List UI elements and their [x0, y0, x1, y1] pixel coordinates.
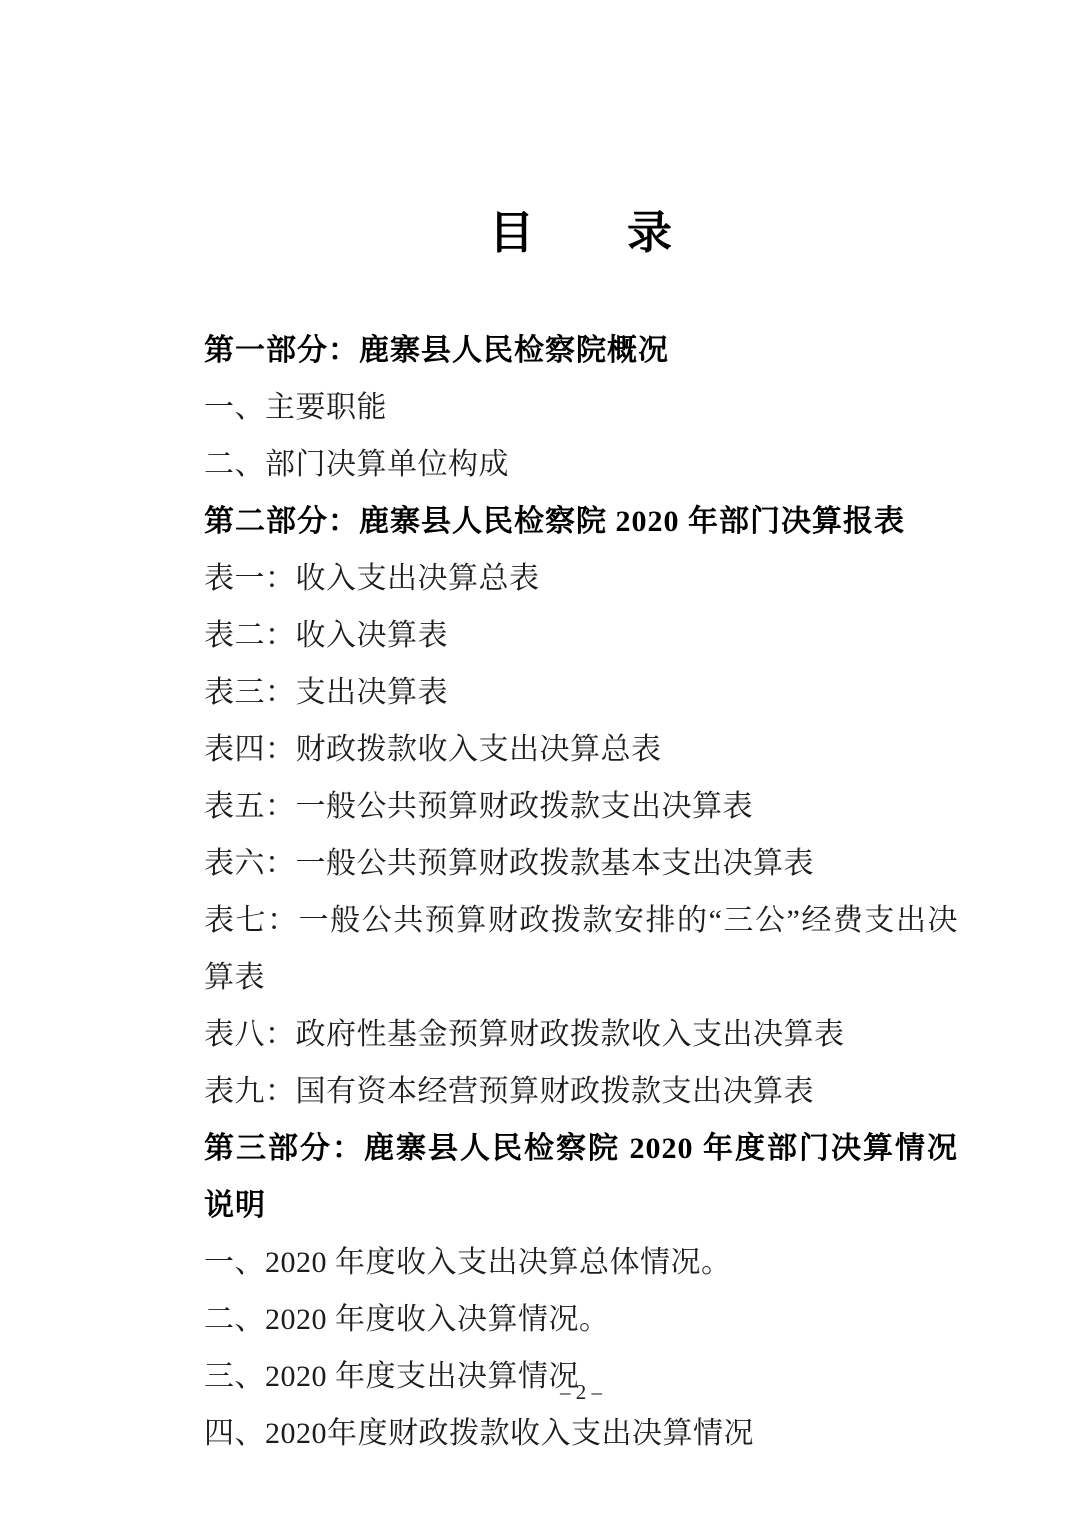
- toc-part2-table-7: 表七：一般公共预算财政拨款安排的“三公”经费支出决算表: [204, 892, 958, 1006]
- toc-part2-table-4: 表四：财政拨款收入支出决算总表: [204, 721, 958, 778]
- toc-part1-heading: 第一部分：鹿寨县人民检察院概况: [204, 322, 958, 379]
- toc-part2-table-2: 表二：收入决算表: [204, 607, 958, 664]
- toc-part2-table-6: 表六：一般公共预算财政拨款基本支出决算表: [204, 835, 958, 892]
- toc-part1-item-2: 二、部门决算单位构成: [204, 436, 958, 493]
- toc-part1-item-1: 一、主要职能: [204, 379, 958, 436]
- toc-part2-table-9: 表九：国有资本经营预算财政拨款支出决算表: [204, 1063, 958, 1120]
- page-title: 目 录: [204, 206, 958, 260]
- toc-part2-table-5: 表五：一般公共预算财政拨款支出决算表: [204, 778, 958, 835]
- toc-part3-item-4: 四、2020年度财政拨款收入支出决算情况: [204, 1405, 958, 1462]
- toc-part2-heading: 第二部分：鹿寨县人民检察院 2020 年部门决算报表: [204, 493, 958, 550]
- toc-part3-item-1: 一、2020 年度收入支出决算总体情况。: [204, 1234, 958, 1291]
- toc-part2-table-8: 表八：政府性基金预算财政拨款收入支出决算表: [204, 1006, 958, 1063]
- page-number: – 2 –: [204, 1378, 958, 1406]
- document-page: 目 录 第一部分：鹿寨县人民检察院概况 一、主要职能 二、部门决算单位构成 第二…: [0, 0, 1074, 1520]
- table-of-contents: 第一部分：鹿寨县人民检察院概况 一、主要职能 二、部门决算单位构成 第二部分：鹿…: [204, 322, 958, 1462]
- toc-part2-table-3: 表三：支出决算表: [204, 664, 958, 721]
- toc-part3-heading: 第三部分：鹿寨县人民检察院 2020 年度部门决算情况说明: [204, 1120, 958, 1234]
- toc-part3-item-2: 二、2020 年度收入决算情况。: [204, 1291, 958, 1348]
- toc-part2-table-1: 表一：收入支出决算总表: [204, 550, 958, 607]
